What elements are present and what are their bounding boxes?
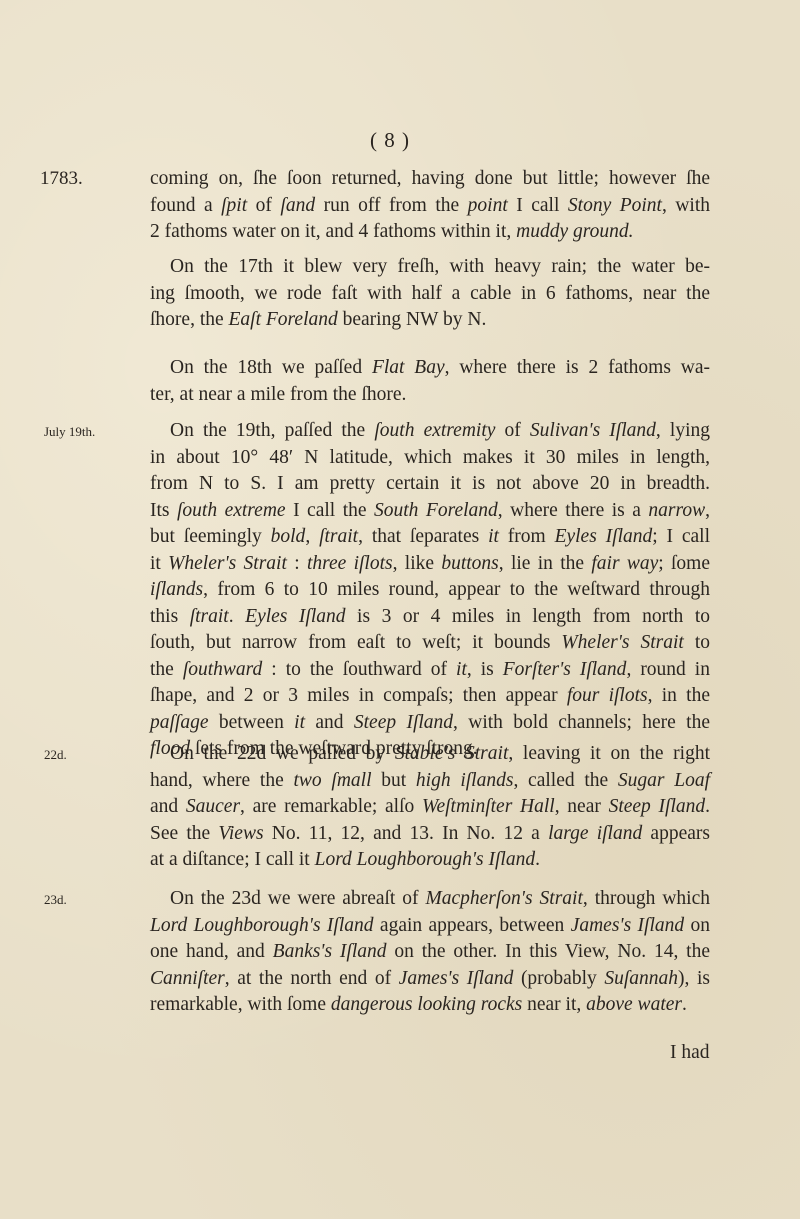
- paragraph-22d: On the 22d we paſſed by Stable's Strait,…: [150, 741, 710, 874]
- text-line: See the Views No. 11, 12, and 13. In No.…: [150, 821, 710, 848]
- text-line: ter, at near a mile from the ſhore.: [150, 382, 710, 409]
- text-line: remarkable, with ſome dangerous looking …: [150, 992, 710, 1019]
- text-line: in about 10° 48′ N latitude, which makes…: [150, 445, 710, 472]
- text-line: On the 22d we paſſed by Stable's Strait,…: [150, 741, 710, 768]
- text-line: but ſeemingly bold, ſtrait, that ſeparat…: [150, 524, 710, 551]
- text-line: ſhape, and 2 or 3 miles in compaſs; then…: [150, 683, 710, 710]
- page-number: ( 8 ): [0, 128, 800, 153]
- text-line: On the 23d we were abreaſt of Macpherſon…: [150, 886, 710, 913]
- text-line: Its ſouth extreme I call the South Forel…: [150, 498, 710, 525]
- text-line: at a diſtance; I call it Lord Loughborou…: [150, 847, 710, 874]
- text-line: hand, where the two ſmall but high iſlan…: [150, 768, 710, 795]
- text-line: it Wheler's Strait : three iſlots, like …: [150, 551, 710, 578]
- paragraph-19th: On the 19th, paſſed the ſouth extremity …: [150, 418, 710, 763]
- text-line: On the 19th, paſſed the ſouth extremity …: [150, 418, 710, 445]
- paragraph-17th: On the 17th it blew very freſh, with hea…: [150, 254, 710, 334]
- text-line: the ſouthward : to the ſouthward of it, …: [150, 657, 710, 684]
- text-line: this ſtrait. Eyles Iſland is 3 or 4 mile…: [150, 604, 710, 631]
- text-line: iſlands, from 6 to 10 miles round, appea…: [150, 577, 710, 604]
- text-line: Canniſter, at the north end of James's I…: [150, 966, 710, 993]
- paragraph-18th: On the 18th we paſſed Flat Bay, where th…: [150, 355, 710, 408]
- margin-note-july-19: July 19th.: [44, 424, 95, 440]
- paragraph-23d: On the 23d we were abreaſt of Macpherſon…: [150, 886, 710, 1019]
- text-line: ſhore, the Eaſt Foreland bearing NW by N…: [150, 307, 710, 334]
- text-line: On the 18th we paſſed Flat Bay, where th…: [150, 355, 710, 382]
- text-line: one hand, and Banks's Iſland on the othe…: [150, 939, 710, 966]
- text-line: and Saucer, are remarkable; alſo Weſtmin…: [150, 794, 710, 821]
- paragraph-arrival: coming on, ſhe ſoon returned, having don…: [150, 166, 710, 246]
- margin-note-23d: 23d.: [44, 892, 67, 908]
- year-margin-note: 1783.: [40, 168, 83, 190]
- text-line: ſouth, but narrow from eaſt to weſt; it …: [150, 630, 710, 657]
- text-line: from N to S. I am pretty certain it is n…: [150, 471, 710, 498]
- text-line: Lord Loughborough's Iſland again appears…: [150, 913, 710, 940]
- text-line: found a ſpit of ſand run off from the po…: [150, 193, 710, 220]
- catchword: I had: [670, 1042, 710, 1064]
- text-line: 2 fathoms water on it, and 4 fathoms wit…: [150, 219, 710, 246]
- text-line: paſſage between it and Steep Iſland, wit…: [150, 710, 710, 737]
- text-line: On the 17th it blew very freſh, with hea…: [150, 254, 710, 281]
- margin-note-22d: 22d.: [44, 747, 67, 763]
- text-line: ing ſmooth, we rode faſt with half a cab…: [150, 281, 710, 308]
- text-line: coming on, ſhe ſoon returned, having don…: [150, 166, 710, 193]
